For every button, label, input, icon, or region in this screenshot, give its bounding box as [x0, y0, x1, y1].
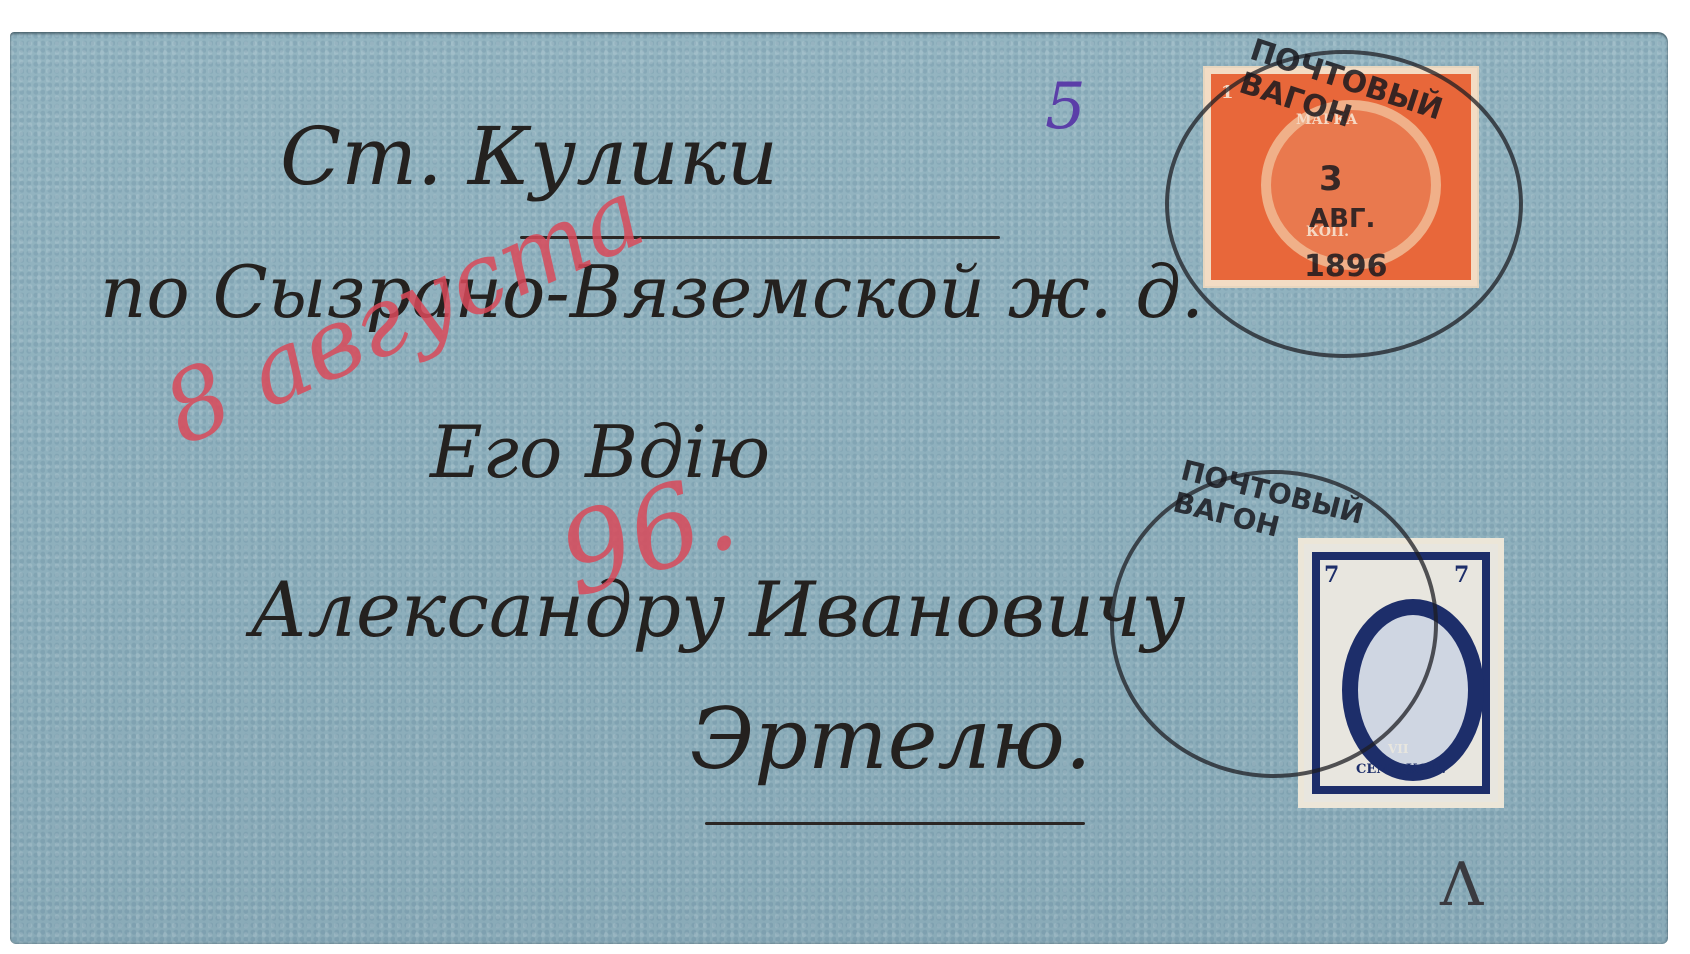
stamp-bottom-text: СЕМЬ КОП.	[1356, 762, 1446, 777]
stamp-numeral: VII	[1388, 742, 1409, 756]
address-line-station: Ст. Кулики	[280, 110, 778, 203]
postmark-1: ПОЧТОВЫЙ ВАГОН 3 АВГ. 1896	[1165, 50, 1523, 358]
bottom-pencil-mark: Λ	[1440, 850, 1483, 920]
surname-underline	[705, 822, 1085, 825]
postmark-day: 3	[1319, 159, 1343, 199]
stamp-denomination-right: 7	[1454, 562, 1469, 588]
postmark-year: 1896	[1304, 249, 1388, 284]
postmark-2: ПОЧТОВЫЙ ВАГОН	[1110, 470, 1438, 778]
violet-pencil-mark: 5	[1045, 70, 1086, 144]
postmark-month: АВГ.	[1309, 204, 1375, 234]
address-line-surname: Эртелю.	[690, 690, 1092, 788]
